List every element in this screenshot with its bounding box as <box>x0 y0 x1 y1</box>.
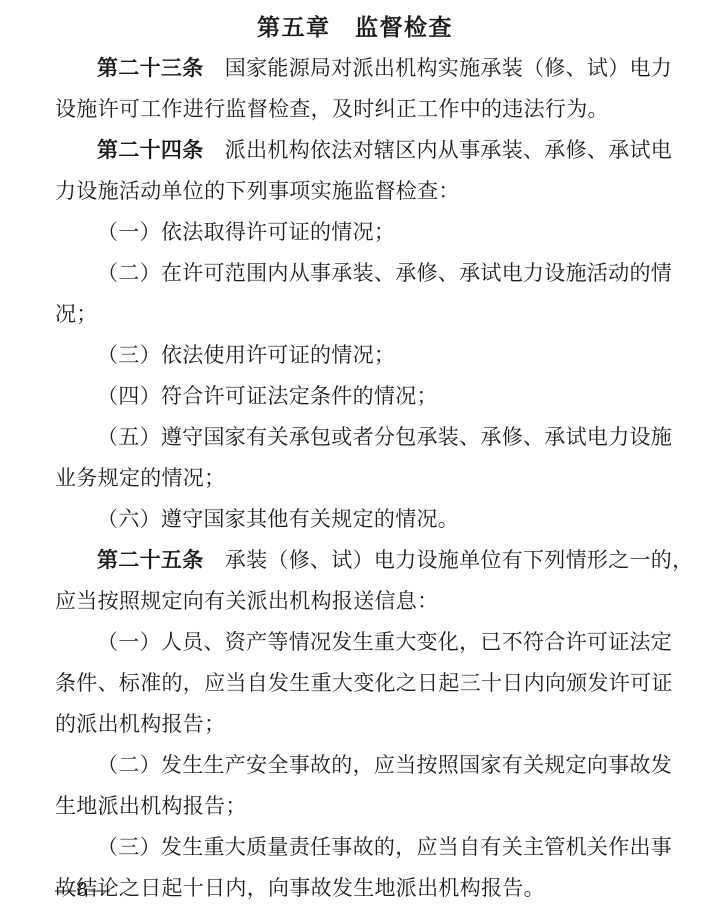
text-line: （二）在许可范围内从事承装、承修、承试电力设施活动的情 <box>55 253 660 294</box>
text-line: （三）依法使用许可证的情况； <box>55 335 660 376</box>
text-line: 况； <box>55 294 660 335</box>
text-line: 应当按照规定向有关派出机构报送信息： <box>55 581 660 622</box>
text-line: （四）符合许可证法定条件的情况； <box>55 376 660 417</box>
text-line: 第二十四条 派出机构依法对辖区内从事承装、承修、承试电 <box>55 130 660 171</box>
text-line: （六）遵守国家其他有关规定的情况。 <box>55 499 660 540</box>
text-line: 第二十五条 承装（修、试）电力设施单位有下列情形之一的， <box>55 540 660 581</box>
text-line: 条件、标准的，应当自发生重大变化之日起三十日内向颁发许可证 <box>55 663 660 704</box>
text-line: 力设施活动单位的下列事项实施监督检查： <box>55 171 660 212</box>
text-line: 业务规定的情况； <box>55 458 660 499</box>
text-line: （一）人员、资产等情况发生重大变化，已不符合许可证法定 <box>55 622 660 663</box>
text-line: （二）发生生产安全事故的，应当按照国家有关规定向事故发 <box>55 745 660 786</box>
page-number: —8— <box>55 869 111 910</box>
text-line: （三）发生重大质量责任事故的，应当自有关主管机关作出事 <box>55 827 660 868</box>
document-page: 第五章 监督检查 第二十三条 国家能源局对派出机构实施承装（修、试）电力设施许可… <box>0 0 710 923</box>
document-body: 第二十三条 国家能源局对派出机构实施承装（修、试）电力设施许可工作进行监督检查，… <box>0 48 710 909</box>
text-line: 第二十三条 国家能源局对派出机构实施承装（修、试）电力 <box>55 48 660 89</box>
article-number-label: 第二十四条 <box>97 139 204 162</box>
text-line: （五）遵守国家有关承包或者分包承装、承修、承试电力设施 <box>55 417 660 458</box>
text-line: 设施许可工作进行监督检查，及时纠正工作中的违法行为。 <box>55 89 660 130</box>
article-number-label: 第二十五条 <box>97 549 204 572</box>
chapter-title: 第五章 监督检查 <box>0 0 710 48</box>
text-line: （一）依法取得许可证的情况； <box>55 212 660 253</box>
text-line: 的派出机构报告； <box>55 704 660 745</box>
text-line: 生地派出机构报告； <box>55 786 660 827</box>
text-line: 故结论之日起十日内，向事故发生地派出机构报告。 <box>55 868 660 909</box>
article-number-label: 第二十三条 <box>97 57 204 80</box>
